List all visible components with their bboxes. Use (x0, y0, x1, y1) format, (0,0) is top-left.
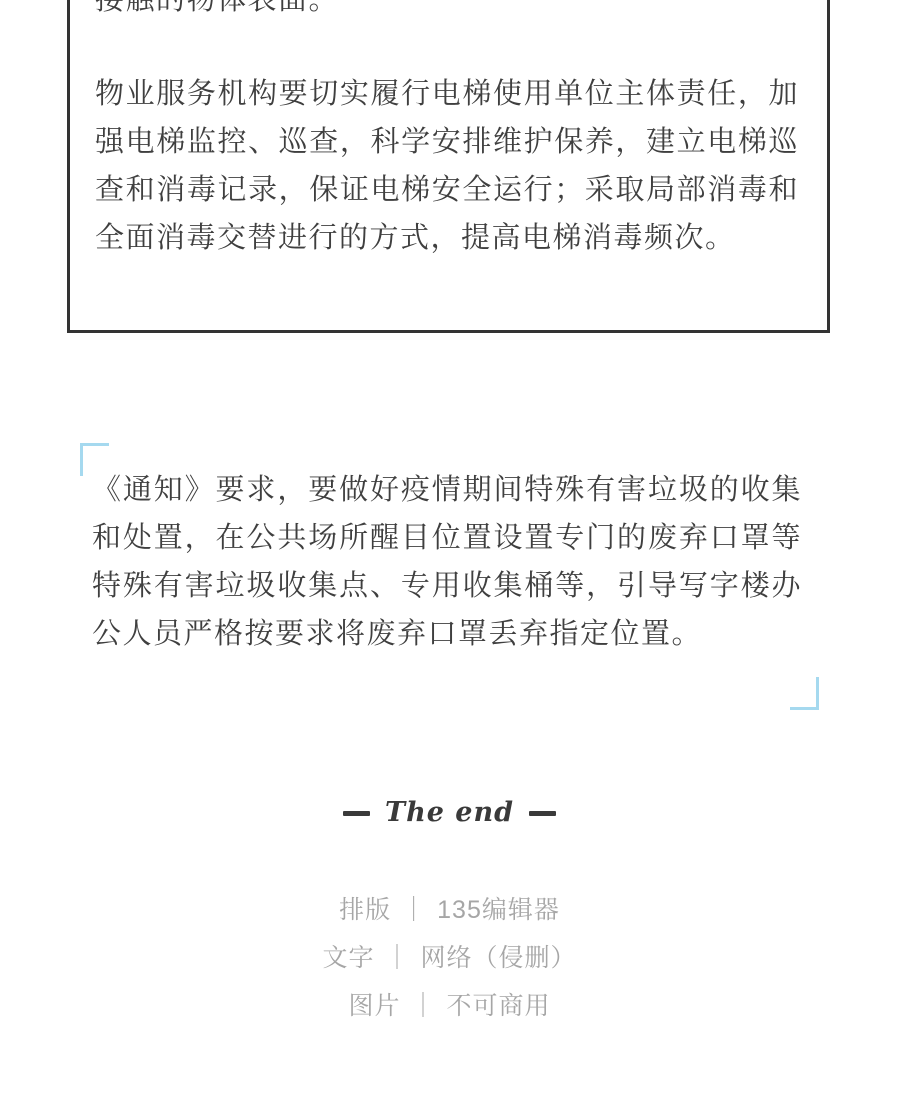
end-divider-label: The end (385, 796, 514, 830)
article-page: 接触的物体表面。 物业服务机构要切实履行电梯使用单位主体责任，加强电梯监控、巡查… (0, 0, 899, 1120)
bordered-text-box: 接触的物体表面。 物业服务机构要切实履行电梯使用单位主体责任，加强电梯监控、巡查… (67, 0, 830, 333)
credit-label: 排版 (339, 896, 391, 924)
clipped-paragraph-line: 接触的物体表面。 (95, 0, 799, 24)
credit-label: 文字 (322, 944, 374, 972)
credit-value: 135编辑器 (437, 896, 560, 924)
end-divider: The end (0, 796, 899, 830)
credit-value: 网络（侵删） (421, 944, 577, 972)
credit-separator: ｜ (401, 896, 427, 924)
left-dash-icon (343, 811, 370, 816)
credit-separator: ｜ (410, 992, 436, 1020)
credit-label: 图片 (348, 992, 400, 1020)
credit-line-layout: 排版｜135编辑器 (0, 886, 899, 934)
bottom-right-corner-bracket (790, 677, 819, 710)
credit-line-images: 图片｜不可商用 (0, 982, 899, 1030)
right-dash-icon (529, 811, 556, 816)
credit-value: 不可商用 (447, 992, 551, 1020)
footer-credits: 排版｜135编辑器 文字｜网络（侵删） 图片｜不可商用 (0, 886, 899, 1030)
property-services-paragraph: 物业服务机构要切实履行电梯使用单位主体责任，加强电梯监控、巡查，科学安排维护保养… (95, 70, 799, 262)
credit-separator: ｜ (384, 944, 410, 972)
credit-line-text: 文字｜网络（侵删） (0, 934, 899, 982)
notice-requirements-paragraph: 《通知》要求，要做好疫情期间特殊有害垃圾的收集和处置，在公共场所醒目位置设置专门… (92, 466, 802, 658)
corner-bracket-section: 《通知》要求，要做好疫情期间特殊有害垃圾的收集和处置，在公共场所醒目位置设置专门… (67, 440, 830, 720)
